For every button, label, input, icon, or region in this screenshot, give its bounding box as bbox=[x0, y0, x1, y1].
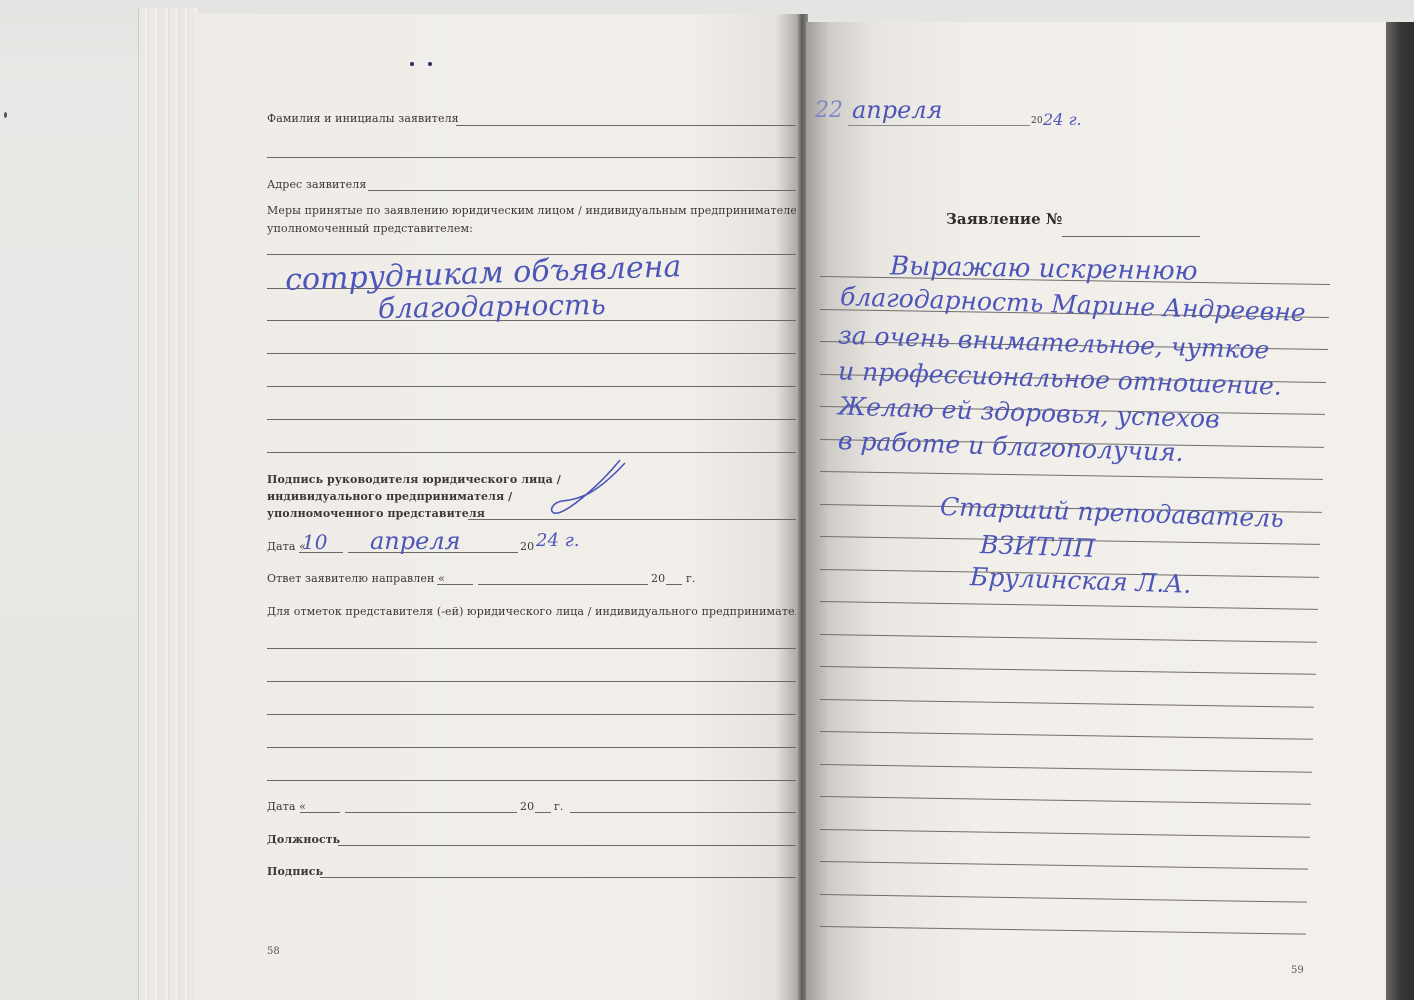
answer-day-line bbox=[437, 584, 473, 585]
top-date-day-handwritten: 22 bbox=[815, 98, 843, 123]
ruled-line bbox=[267, 353, 796, 354]
signature-line bbox=[468, 519, 796, 520]
bottom-date-extra-line bbox=[570, 812, 796, 813]
signature-label-1: Подпись руководителя юридического лица / bbox=[267, 473, 561, 486]
signature-bottom-line bbox=[320, 877, 796, 878]
ruled-line bbox=[267, 747, 796, 748]
ruled-line bbox=[267, 780, 796, 781]
scan-speck bbox=[4, 112, 7, 118]
page-stack-edge bbox=[138, 8, 199, 1000]
signature-bottom-label: Подпись bbox=[267, 865, 323, 878]
handwritten-line-1: Выражаю искреннюю bbox=[890, 251, 1198, 286]
ruled-line bbox=[267, 386, 796, 387]
applicant-name-line bbox=[456, 125, 796, 126]
date-year-prefix: 20 bbox=[520, 540, 534, 553]
measures-label-1: Меры принятые по заявлению юридическим л… bbox=[267, 204, 809, 217]
date-day-handwritten: 10 bbox=[302, 530, 327, 554]
ruled-line bbox=[267, 452, 796, 453]
measures-label-2: уполномоченный представителем: bbox=[267, 222, 473, 235]
ruled-line bbox=[267, 714, 796, 715]
ink-dot bbox=[410, 62, 414, 66]
ruled-line bbox=[267, 648, 796, 649]
top-date-line bbox=[848, 125, 1030, 126]
applicant-address-line bbox=[368, 190, 796, 191]
applicant-name-label: Фамилия и инициалы заявителя bbox=[267, 112, 459, 125]
position-label: Должность bbox=[267, 833, 340, 846]
applicant-name-line-2 bbox=[267, 157, 796, 158]
bottom-date-year-line bbox=[535, 812, 551, 813]
answer-year-suffix: г. bbox=[686, 572, 695, 585]
answer-year-prefix: 20 bbox=[651, 572, 665, 585]
date-month-handwritten: апреля bbox=[370, 527, 461, 555]
answer-sent-label: Ответ заявителю направлен « bbox=[267, 572, 445, 585]
bottom-date-suffix: г. bbox=[554, 800, 563, 813]
ruled-line bbox=[267, 681, 796, 682]
ink-dot bbox=[428, 62, 432, 66]
notes-label: Для отметок представителя (-ей) юридичес… bbox=[267, 605, 809, 618]
answer-month-line bbox=[478, 584, 648, 585]
date-year-handwritten: 24 г. bbox=[536, 530, 579, 551]
handwritten-organization: ВЗИТЛП bbox=[980, 530, 1096, 563]
statement-number-line bbox=[1062, 236, 1200, 237]
applicant-address-label: Адрес заявителя bbox=[267, 178, 366, 191]
measures-handwritten-2: благодарность bbox=[378, 288, 606, 325]
bottom-date-month-line bbox=[345, 812, 517, 813]
right-scan-edge bbox=[1386, 22, 1414, 1000]
top-date-year-prefix: 20 bbox=[1031, 116, 1043, 126]
ruled-line bbox=[267, 419, 796, 420]
top-date-year-handwritten: 24 г. bbox=[1043, 110, 1082, 129]
answer-year-line bbox=[666, 584, 682, 585]
handwritten-signature-icon bbox=[540, 455, 630, 525]
page-number-right: 59 bbox=[1291, 965, 1304, 976]
position-line bbox=[338, 845, 796, 846]
bottom-date-year: 20 bbox=[520, 800, 534, 813]
page-number-left: 58 bbox=[267, 946, 280, 957]
bottom-date-day-line bbox=[300, 812, 340, 813]
signature-label-3: уполномоченного представителя bbox=[267, 507, 485, 520]
top-date-month-handwritten: апреля bbox=[852, 96, 943, 124]
signature-label-2: индивидуального предпринимателя / bbox=[267, 490, 512, 503]
statement-title: Заявление № bbox=[946, 210, 1062, 228]
